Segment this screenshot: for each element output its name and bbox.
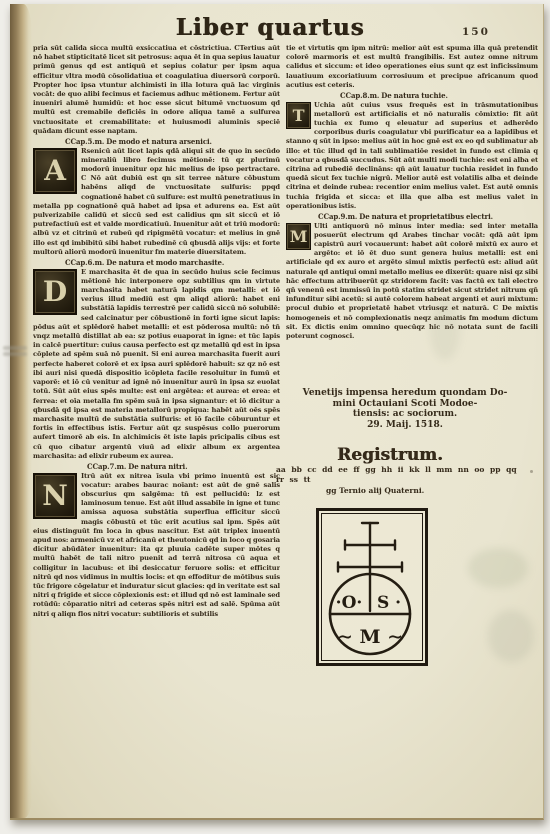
paragraph-tuchie-text: Uchia aūt cuius vsus frequēs est in trās… bbox=[286, 101, 538, 210]
paragraph-alumen: pria sūt calida sicca multū exsiccatiua … bbox=[33, 44, 280, 136]
text-column-left: pria sūt calida sicca multū exsiccatiua … bbox=[33, 44, 280, 726]
bleedthrough-stain bbox=[488, 610, 534, 662]
running-title: Liber quartus bbox=[100, 14, 440, 41]
woodcut-initial-n: N bbox=[33, 473, 77, 519]
colophon: Venetijs impensa heredum quondam Do- min… bbox=[266, 388, 544, 430]
chapter-heading-8: CCap.8.m. De natura tuchie. bbox=[286, 91, 538, 101]
colophon-line-1: Venetijs impensa heredum quondam Do- bbox=[303, 388, 508, 398]
book-page: Liber quartus 150 pria sūt calida sicca … bbox=[10, 4, 544, 820]
printers-device: ·O· S · ∼ M ∼ bbox=[321, 513, 423, 661]
bleedthrough-stain bbox=[430, 300, 460, 360]
register-signatures-line-1: aa bb cc dd ee ff gg hh ii kk ll mm nn o… bbox=[266, 465, 544, 475]
binding-edge bbox=[10, 4, 32, 818]
registrum-heading: Registrum. bbox=[266, 445, 544, 465]
register-note: gg Ternio alij Quaterni. bbox=[266, 486, 544, 495]
device-letter-o: ·O· bbox=[336, 593, 363, 613]
woodcut-initial-t: T bbox=[286, 102, 311, 129]
bleedthrough-stain bbox=[468, 548, 528, 588]
device-letter-s: S · bbox=[377, 593, 401, 613]
paragraph-arsenici: A Rsenicū aūt licet lapis qdā aliqui sit… bbox=[33, 147, 280, 257]
colophon-line-2: mini Octauiani Scoti Modoe- bbox=[333, 399, 478, 409]
paragraph-nitrum-cont: tie et virtutis qm ipm nitrū: melior aūt… bbox=[286, 44, 538, 90]
chapter-heading-5: CCap.5.m. De modo et natura arsenici. bbox=[33, 137, 280, 147]
paragraph-electri: M Ulti antiquorū nō minus inter media: s… bbox=[286, 222, 538, 342]
scoto-device-emblem: ·O· S · ∼ M ∼ bbox=[322, 514, 422, 660]
paper-speck bbox=[508, 64, 511, 67]
chapter-heading-9: CCap.9.m. De natura et proprietatibus el… bbox=[286, 212, 538, 222]
register-signatures-line-2: rr ss tt bbox=[266, 475, 544, 485]
printers-device-frame: ·O· S · ∼ M ∼ bbox=[316, 508, 428, 666]
woodcut-initial-m: M bbox=[286, 223, 311, 250]
paper-speck bbox=[530, 470, 533, 473]
paragraph-tuchie: T Uchia aūt cuius vsus frequēs est in tr… bbox=[286, 101, 538, 211]
paragraph-nitri: N Itrū aūt ex nitrea īsula vbi primo inu… bbox=[33, 472, 280, 619]
chapter-heading-7: CCap.7.m. De natura nitri. bbox=[33, 462, 280, 472]
woodcut-initial-a: A bbox=[33, 148, 77, 194]
device-letter-m: ∼ M ∼ bbox=[337, 626, 403, 648]
woodcut-initial-d: D bbox=[33, 269, 77, 315]
marginal-annotation-smudge bbox=[2, 344, 28, 360]
colophon-line-3: tiensis: ac sociorum. bbox=[353, 409, 457, 419]
colophon-date: 29. Maij. 1518. bbox=[367, 420, 443, 430]
chapter-heading-6: CCap.6.m. De natura et modo marchasite. bbox=[33, 258, 280, 268]
paragraph-marchasite: D E marchasita ēt de qua in secūdo huius… bbox=[33, 268, 280, 461]
paragraph-electri-text: Ulti antiquorū nō minus inter media: sed… bbox=[286, 222, 538, 340]
book-photo: Liber quartus 150 pria sūt calida sicca … bbox=[0, 0, 550, 834]
folio-number: 150 bbox=[462, 26, 490, 38]
text-column-right: tie et virtutis qm ipm nitrū: melior aūt… bbox=[286, 44, 538, 394]
